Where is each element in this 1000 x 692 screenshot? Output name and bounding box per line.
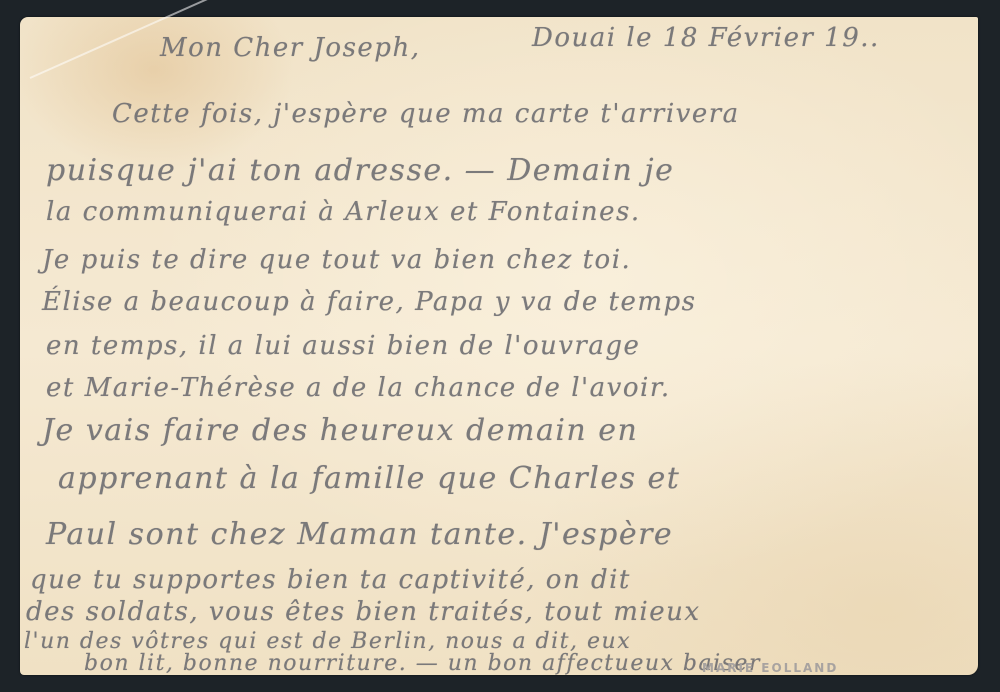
letter-line-7: et Marie-Thérèse a de la chance de l'avo… <box>46 373 671 403</box>
salutation: Mon Cher Joseph, <box>160 33 420 63</box>
letter-line-5: Élise a beaucoup à faire, Papa y va de t… <box>42 287 696 317</box>
letter-line-11: que tu supportes bien ta captivité, on d… <box>30 565 631 595</box>
place-date: Douai le 18 Février 19.. <box>532 23 880 53</box>
letter-line-14: bon lit, bonne nourriture. — un bon affe… <box>84 651 761 676</box>
letter-line-1: Cette fois, j'espère que ma carte t'arri… <box>112 99 740 129</box>
signature: MARIE EOLLAND <box>702 661 838 675</box>
letter-line-8: Je vais faire des heureux demain en <box>42 413 638 448</box>
letter-line-3: la communiquerai à Arleux et Fontaines. <box>46 197 641 227</box>
letter-line-9: apprenant à la famille que Charles et <box>58 461 680 496</box>
letter-line-4: Je puis te dire que tout va bien chez to… <box>42 245 631 275</box>
letter-line-10: Paul sont chez Maman tante. J'espère <box>46 517 673 552</box>
letter-line-12: des soldats, vous êtes bien traités, tou… <box>26 597 701 627</box>
letter-line-6: en temps, il a lui aussi bien de l'ouvra… <box>46 331 640 361</box>
postcard: Mon Cher Joseph, Douai le 18 Février 19.… <box>20 17 978 675</box>
letter-line-2: puisque j'ai ton adresse. — Demain je <box>46 153 674 188</box>
